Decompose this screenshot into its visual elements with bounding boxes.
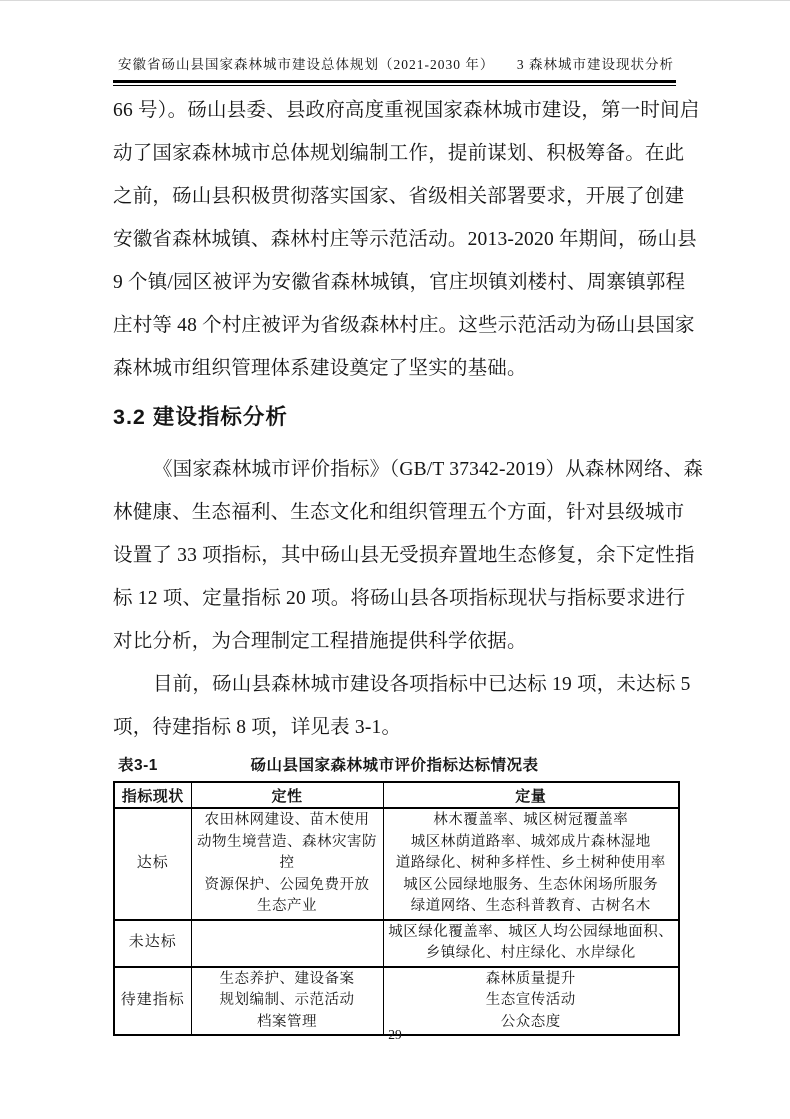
text-line: 项，待建指标 8 项，详见表 3-1。: [113, 706, 676, 749]
header-rule: [113, 80, 676, 86]
page-number: 29: [0, 1027, 790, 1043]
table-caption-title: 砀山县国家森林城市评价指标达标情况表: [250, 757, 538, 774]
cell-qualitative: 农田林网建设、苗木使用动物生境营造、森林灾害防控资源保护、公园免费开放生态产业: [191, 808, 383, 920]
text-line: 庄村等 48 个村庄被评为省级森林村庄。这些示范活动为砀山县国家: [113, 304, 676, 347]
col-header-status: 指标现状: [114, 782, 191, 808]
text-line: 标 12 项、定量指标 20 项。将砀山县各项指标现状与指标要求进行: [113, 577, 676, 620]
text-line: 安徽省森林城镇、森林村庄等示范活动。2013-2020 年期间，砀山县: [113, 218, 676, 261]
col-header-quantitative: 定量: [383, 782, 679, 808]
text-line: 动了国家森林城市总体规划编制工作，提前谋划、积极筹备。在此: [113, 132, 676, 175]
indicator-table-body: 达标农田林网建设、苗木使用动物生境营造、森林灾害防控资源保护、公园免费开放生态产…: [114, 808, 679, 1035]
header-rule-thin: [113, 85, 676, 86]
table-header-row: 指标现状 定性 定量: [114, 782, 679, 808]
col-header-qualitative: 定性: [191, 782, 383, 808]
text-line: 林健康、生态福利、生态文化和组织管理五个方面，针对县级城市: [113, 491, 676, 534]
cell-status: 达标: [114, 808, 191, 920]
text-line: 对比分析，为合理制定工程措施提供科学依据。: [113, 620, 676, 663]
table-caption-label: 表3-1: [118, 754, 158, 778]
content: 66 号）。砀山县委、县政府高度重视国家森林城市建设，第一时间启动了国家森林城市…: [113, 89, 676, 1036]
text-line: 目前，砀山县森林城市建设各项指标中已达标 19 项，未达标 5: [113, 663, 676, 706]
cell-quantitative: 城区绿化覆盖率、城区人均公园绿地面积、乡镇绿化、村庄绿化、水岸绿化: [383, 920, 679, 967]
text-line: 设置了 33 项指标，其中砀山县无受损弃置地生态修复，余下定性指: [113, 534, 676, 577]
header-left-title: 安徽省砀山县国家森林城市建设总体规划（2021-2030 年）: [118, 53, 494, 73]
table-row: 未达标城区绿化覆盖率、城区人均公园绿地面积、乡镇绿化、村庄绿化、水岸绿化: [114, 920, 679, 967]
paragraph-indicator-overview: 《国家森林城市评价指标》（GB/T 37342-2019）从森林网络、森林健康、…: [113, 448, 676, 663]
paragraph-indicator-status: 目前，砀山县森林城市建设各项指标中已达标 19 项，未达标 5项，待建指标 8 …: [113, 663, 676, 749]
cell-status: 待建指标: [114, 967, 191, 1036]
cell-status: 未达标: [114, 920, 191, 967]
paragraph-continuation: 66 号）。砀山县委、县政府高度重视国家森林城市建设，第一时间启动了国家森林城市…: [113, 89, 676, 390]
text-line: 森林城市组织管理体系建设奠定了坚实的基础。: [113, 347, 676, 390]
text-line: 之前，砀山县积极贯彻落实国家、省级相关部署要求，开展了创建: [113, 175, 676, 218]
document-page: 安徽省砀山县国家森林城市建设总体规划（2021-2030 年） 3 森林城市建设…: [0, 0, 790, 1119]
header-rule-thick: [113, 80, 676, 83]
table-caption: 表3-1 砀山县国家森林城市评价指标达标情况表: [113, 754, 676, 778]
header-right-title: 3 森林城市建设现状分析: [517, 53, 674, 73]
cell-quantitative: 森林质量提升生态宣传活动公众态度: [383, 967, 679, 1036]
text-line: 66 号）。砀山县委、县政府高度重视国家森林城市建设，第一时间启: [113, 89, 676, 132]
page-header: 安徽省砀山县国家森林城市建设总体规划（2021-2030 年） 3 森林城市建设…: [118, 53, 674, 73]
text-line: 《国家森林城市评价指标》（GB/T 37342-2019）从森林网络、森: [113, 448, 676, 491]
indicator-table: 指标现状 定性 定量 达标农田林网建设、苗木使用动物生境营造、森林灾害防控资源保…: [113, 781, 680, 1036]
cell-quantitative: 林木覆盖率、城区树冠覆盖率城区林荫道路率、城郊成片森林湿地道路绿化、树种多样性、…: [383, 808, 679, 920]
table-row: 达标农田林网建设、苗木使用动物生境营造、森林灾害防控资源保护、公园免费开放生态产…: [114, 808, 679, 920]
cell-qualitative: [191, 920, 383, 967]
section-heading: 3.2 建设指标分析: [113, 403, 676, 432]
text-line: 9 个镇/园区被评为安徽省森林城镇，官庄坝镇刘楼村、周寨镇郭程: [113, 261, 676, 304]
table-row: 待建指标生态养护、建设备案规划编制、示范活动档案管理森林质量提升生态宣传活动公众…: [114, 967, 679, 1036]
cell-qualitative: 生态养护、建设备案规划编制、示范活动档案管理: [191, 967, 383, 1036]
